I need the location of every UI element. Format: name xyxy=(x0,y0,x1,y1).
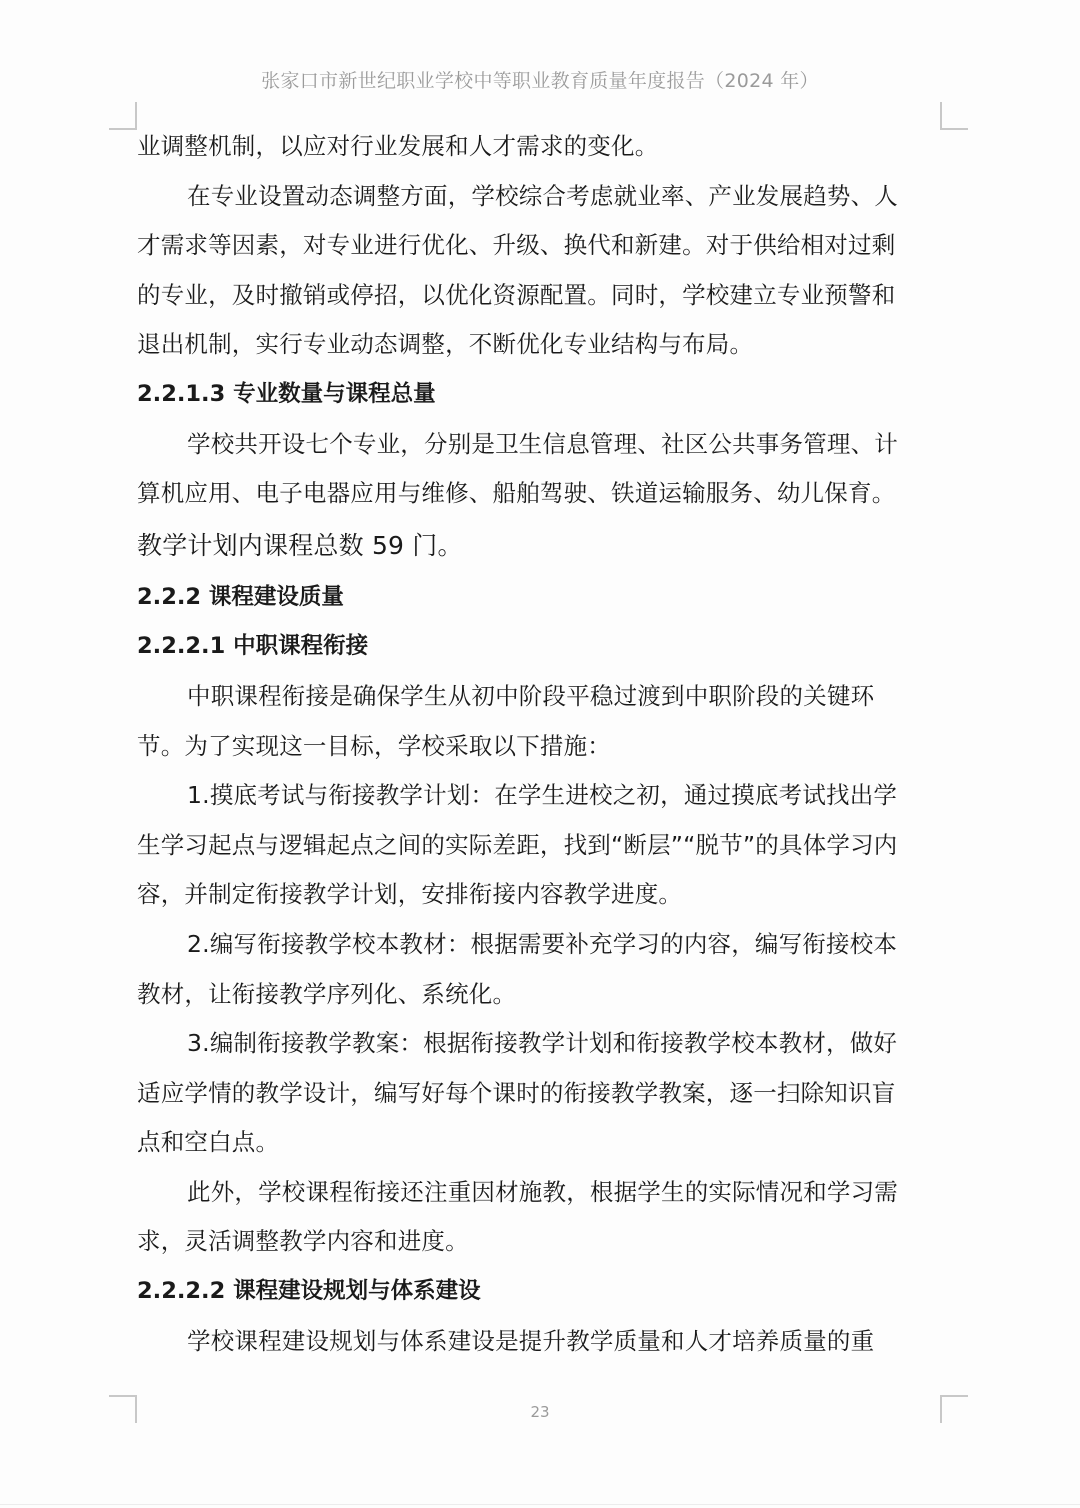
document-page: 张家口市新世纪职业学校中等职业教育质量年度报告（2024 年） 业调整机制，以应… xyxy=(0,0,1080,1503)
paragraph-line: 业调整机制，以应对行业发展和人才需求的变化。 xyxy=(137,122,943,172)
paragraph-line: 才需求等因素，对专业进行优化、升级、换代和新建。对于供给相对过剩 xyxy=(137,221,943,271)
paragraph-line: 学校课程建设规划与体系建设是提升教学质量和人才培养质量的重 xyxy=(137,1317,943,1367)
running-header: 张家口市新世纪职业学校中等职业教育质量年度报告（2024 年） xyxy=(0,66,1080,93)
body-text: 业调整机制，以应对行业发展和人才需求的变化。 在专业设置动态调整方面，学校综合考… xyxy=(137,122,943,1366)
list-item-line: 生学习起点与逻辑起点之间的实际差距，找到“断层”“脱节”的具体学习内 xyxy=(137,821,943,871)
list-item-line: 2.编写衔接教学校本教材：根据需要补充学习的内容，编写衔接校本 xyxy=(137,920,943,970)
paragraph-line: 退出机制，实行专业动态调整，不断优化专业结构与布局。 xyxy=(137,320,943,370)
paragraph-line: 在专业设置动态调整方面，学校综合考虑就业率、产业发展趋势、人 xyxy=(137,172,943,222)
crop-mark-top-right xyxy=(940,102,968,130)
list-item-line: 1.摸底考试与衔接教学计划：在学生进校之初，通过摸底考试找出学 xyxy=(137,771,943,821)
paragraph-line: 的专业，及时撤销或停招，以优化资源配置。同时，学校建立专业预警和 xyxy=(137,271,943,321)
list-item-line: 适应学情的教学设计，编写好每个课时的衔接教学教案，逐一扫除知识盲 xyxy=(137,1069,943,1119)
section-heading-2-2-2-1: 2.2.2.1 中职课程衔接 xyxy=(137,622,943,672)
paragraph-line: 节。为了实现这一目标，学校采取以下措施： xyxy=(137,722,943,772)
list-item-line: 点和空白点。 xyxy=(137,1118,943,1168)
paragraph-line: 求，灵活调整教学内容和进度。 xyxy=(137,1217,943,1267)
list-item-line: 3.编制衔接教学教案：根据衔接教学计划和衔接教学校本教材，做好 xyxy=(137,1019,943,1069)
list-item-line: 教材，让衔接教学序列化、系统化。 xyxy=(137,970,943,1020)
paragraph-line: 算机应用、电子电器应用与维修、船舶驾驶、铁道运输服务、幼儿保育。 xyxy=(137,469,943,519)
paragraph-line: 教学计划内课程总数 59 门。 xyxy=(137,519,943,573)
paragraph-line: 中职课程衔接是确保学生从初中阶段平稳过渡到中职阶段的关键环 xyxy=(137,672,943,722)
paragraph-line: 学校共开设七个专业，分别是卫生信息管理、社区公共事务管理、计 xyxy=(137,420,943,470)
list-item-line: 容，并制定衔接教学计划，安排衔接内容教学进度。 xyxy=(137,870,943,920)
paragraph-line: 此外，学校课程衔接还注重因材施教，根据学生的实际情况和学习需 xyxy=(137,1168,943,1218)
section-heading-2-2-1-3: 2.2.1.3 专业数量与课程总量 xyxy=(137,370,943,420)
page-number: 23 xyxy=(0,1403,1080,1421)
section-heading-2-2-2: 2.2.2 课程建设质量 xyxy=(137,573,943,623)
crop-mark-top-left xyxy=(109,102,137,130)
section-heading-2-2-2-2: 2.2.2.2 课程建设规划与体系建设 xyxy=(137,1267,943,1317)
page-bottom-edge xyxy=(0,1504,1080,1505)
